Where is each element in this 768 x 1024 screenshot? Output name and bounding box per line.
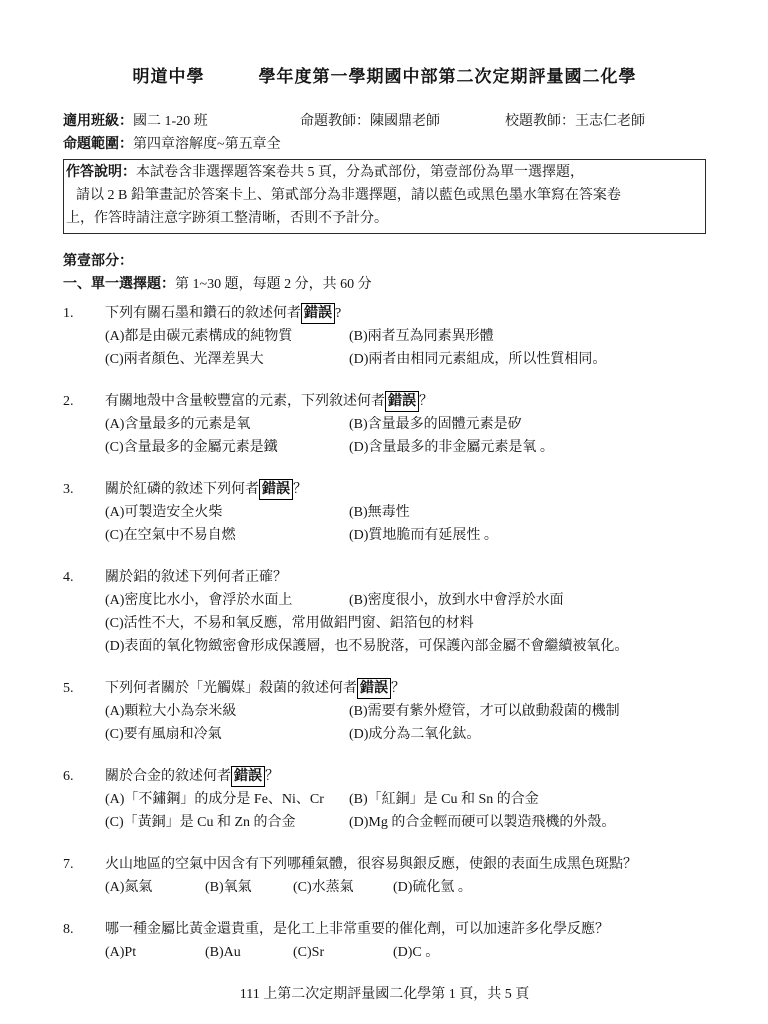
- question-stem: 哪一種金屬比黃金還貴重，是化工上非常重要的催化劑，可以加速許多化學反應？: [105, 918, 706, 941]
- option-A: (A)密度比水小，會浮於水面上: [105, 589, 349, 612]
- question-6: 6.關於合金的敘述何者錯誤？(A)「不鏽鋼」的成分是 Fe、Ni、Cr(B)「紅…: [63, 765, 706, 834]
- scope-label: 命題範圍：: [63, 137, 133, 152]
- option-row: (C)要有風扇和冷氣(D)成分為二氧化鈦。: [105, 723, 706, 746]
- option-B: (B)氧氣: [205, 876, 293, 899]
- option-C: (C)含量最多的金屬元素是鐵: [105, 436, 349, 459]
- option-D: (D)Mg 的合金輕而硬可以製造飛機的外殼。: [349, 811, 615, 834]
- question-number: 6.: [63, 765, 105, 834]
- question-body: 哪一種金屬比黃金還貴重，是化工上非常重要的催化劑，可以加速許多化學反應？(A)P…: [105, 918, 706, 964]
- part-one-heading: 第壹部分：: [63, 250, 706, 273]
- section-type-detail: 第 1~30 題，每題 2 分，共 60 分: [175, 277, 372, 292]
- question-body: 關於合金的敘述何者錯誤？(A)「不鏽鋼」的成分是 Fe、Ni、Cr(B)「紅銅」…: [105, 765, 706, 834]
- option-D: (D)C 。: [393, 941, 439, 964]
- option-row: (C)含量最多的金屬元素是鐵(D)含量最多的非金屬元素是氧 。: [105, 436, 706, 459]
- option-D: (D)成分為二氧化鈦。: [349, 723, 480, 746]
- option-B: (B)兩者互為同素異形體: [349, 325, 494, 348]
- option-D: (D)表面的氧化物緻密會形成保護層，也不易脫落，可保護內部金屬不會繼續被氧化。: [105, 635, 628, 658]
- question-8: 8.哪一種金屬比黃金還貴重，是化工上非常重要的催化劑，可以加速許多化學反應？(A…: [63, 918, 706, 964]
- option-row: (A)密度比水小，會浮於水面上(B)密度很小，放到水中會浮於水面: [105, 589, 706, 612]
- question-body: 下列有關石墨和鑽石的敘述何者錯誤?(A)都是由碳元素構成的純物質(B)兩者互為同…: [105, 302, 706, 371]
- checker-value: 王志仁老師: [575, 114, 645, 129]
- question-body: 火山地區的空氣中因含有下列哪種氣體，很容易與銀反應，使銀的表面生成黑色斑點？(A…: [105, 853, 706, 899]
- option-row: (A)含量最多的元素是氧(B)含量最多的固體元素是矽: [105, 413, 706, 436]
- class-value: 國二 1-20 班: [133, 114, 208, 129]
- checker-label: 校題教師：: [505, 114, 575, 129]
- question-number: 1.: [63, 302, 105, 371]
- question-number: 4.: [63, 566, 105, 658]
- scope-line: 命題範圍：第四章溶解度~第五章全: [63, 133, 706, 156]
- instructions-line1: 作答說明：本試卷含非選擇題答案卷共 5 頁，分為貳部份，第壹部份為單一選擇題，: [66, 161, 700, 184]
- boxed-keyword: 錯誤: [231, 766, 265, 787]
- option-D: (D)兩者由相同元素組成，所以性質相同。: [349, 348, 606, 371]
- question-number: 5.: [63, 677, 105, 746]
- stem-text: 哪一種金屬比黃金還貴重，是化工上非常重要的催化劑，可以加速許多化學反應？: [105, 922, 609, 937]
- question-number: 2.: [63, 390, 105, 459]
- boxed-keyword: 錯誤: [385, 391, 419, 412]
- option-A: (A)Pt: [105, 941, 205, 964]
- option-C: (C)兩者顏色、光澤差異大: [105, 348, 349, 371]
- instructions-label: 作答說明：: [66, 165, 136, 180]
- page-footer: 111 上第二次定期評量國二化學第 1 頁，共 5 頁: [63, 983, 706, 1006]
- question-body: 下列何者關於「光觸媒」殺菌的敘述何者錯誤？(A)顆粒大小為奈米級(B)需要有紫外…: [105, 677, 706, 746]
- stem-text: 下列有關石墨和鑽石的敘述何者: [105, 306, 301, 321]
- option-B: (B)Au: [205, 941, 293, 964]
- question-5: 5.下列何者關於「光觸媒」殺菌的敘述何者錯誤？(A)顆粒大小為奈米級(B)需要有…: [63, 677, 706, 746]
- option-B: (B)無毒性: [349, 501, 410, 524]
- question-number: 3.: [63, 478, 105, 547]
- class-info: 適用班級：國二 1-20 班: [63, 110, 300, 133]
- option-C: (C)活性不大，不易和氧反應，常用做鋁門窗、鋁箔包的材料: [105, 612, 474, 635]
- question-number: 7.: [63, 853, 105, 899]
- option-D: (D)硫化氫 。: [393, 876, 472, 899]
- option-C: (C)「黃銅」是 Cu 和 Zn 的合金: [105, 811, 349, 834]
- option-B: (B)需要有紫外燈管，才可以啟動殺菌的機制: [349, 700, 620, 723]
- option-B: (B)「紅銅」是 Cu 和 Sn 的合金: [349, 788, 539, 811]
- option-B: (B)密度很小，放到水中會浮於水面: [349, 589, 564, 612]
- instructions-line2: 請以 2 B 鉛筆畫記於答案卡上、第貳部分為非選擇題，請以藍色或黑色墨水筆寫在答…: [66, 184, 700, 207]
- option-A: (A)可製造安全火柴: [105, 501, 349, 524]
- instructions-text1: 本試卷含非選擇題答案卷共 5 頁，分為貳部份，第壹部份為單一選擇題，: [136, 165, 584, 180]
- option-row: (C)「黃銅」是 Cu 和 Zn 的合金(D)Mg 的合金輕而硬可以製造飛機的外…: [105, 811, 706, 834]
- option-row: (A)可製造安全火柴(B)無毒性: [105, 501, 706, 524]
- setter-info: 命題教師：陳國鼎老師: [300, 110, 505, 133]
- stem-text: 關於紅磷的敘述下列何者: [105, 482, 259, 497]
- section-type-label: 一、單一選擇題：: [63, 277, 175, 292]
- exam-page: 明道中學 學年度第一學期國中部第二次定期評量國二化學 適用班級：國二 1-20 …: [0, 0, 768, 1024]
- question-number: 8.: [63, 918, 105, 964]
- instructions-line3: 上，作答時請注意字跡須工整清晰，否則不予計分。: [66, 207, 700, 230]
- question-body: 關於紅磷的敘述下列何者錯誤？(A)可製造安全火柴(B)無毒性(C)在空氣中不易自…: [105, 478, 706, 547]
- option-row: (A)都是由碳元素構成的純物質(B)兩者互為同素異形體: [105, 325, 706, 348]
- question-stem: 關於紅磷的敘述下列何者錯誤？: [105, 478, 706, 501]
- question-4: 4.關於鋁的敘述下列何者正確？(A)密度比水小，會浮於水面上(B)密度很小，放到…: [63, 566, 706, 658]
- option-row: (C)兩者顏色、光澤差異大(D)兩者由相同元素組成，所以性質相同。: [105, 348, 706, 371]
- option-row: (A)顆粒大小為奈米級(B)需要有紫外燈管，才可以啟動殺菌的機制: [105, 700, 706, 723]
- option-A: (A)含量最多的元素是氧: [105, 413, 349, 436]
- question-stem: 下列何者關於「光觸媒」殺菌的敘述何者錯誤？: [105, 677, 706, 700]
- question-stem: 火山地區的空氣中因含有下列哪種氣體，很容易與銀反應，使銀的表面生成黑色斑點？: [105, 853, 706, 876]
- scope-value: 第四章溶解度~第五章全: [133, 137, 281, 152]
- class-label: 適用班級：: [63, 114, 133, 129]
- checker-info: 校題教師：王志仁老師: [505, 110, 645, 133]
- option-C: (C)水蒸氣: [293, 876, 393, 899]
- question-stem: 有關地殼中含量較豐富的元素，下列敘述何者錯誤？: [105, 390, 706, 413]
- question-3: 3.關於紅磷的敘述下列何者錯誤？(A)可製造安全火柴(B)無毒性(C)在空氣中不…: [63, 478, 706, 547]
- option-C: (C)要有風扇和冷氣: [105, 723, 349, 746]
- stem-punctuation: ？: [265, 769, 279, 784]
- option-D: (D)含量最多的非金屬元素是氧 。: [349, 436, 554, 459]
- option-B: (B)含量最多的固體元素是矽: [349, 413, 522, 436]
- option-C: (C)在空氣中不易自燃: [105, 524, 349, 547]
- setter-label: 命題教師：: [300, 114, 370, 129]
- option-row: (D)表面的氧化物緻密會形成保護層，也不易脫落，可保護內部金屬不會繼續被氧化。: [105, 635, 706, 658]
- question-stem: 下列有關石墨和鑽石的敘述何者錯誤?: [105, 302, 706, 325]
- boxed-keyword: 錯誤: [357, 678, 391, 699]
- boxed-keyword: 錯誤: [301, 303, 335, 324]
- question-stem: 關於合金的敘述何者錯誤？: [105, 765, 706, 788]
- stem-text: 關於鋁的敘述下列何者正確？: [105, 570, 287, 585]
- question-body: 關於鋁的敘述下列何者正確？(A)密度比水小，會浮於水面上(B)密度很小，放到水中…: [105, 566, 706, 658]
- stem-text: 關於合金的敘述何者: [105, 769, 231, 784]
- stem-punctuation: ?: [335, 306, 341, 321]
- option-D: (D)質地脆而有延展性 。: [349, 524, 498, 547]
- answer-instructions-box: 作答說明：本試卷含非選擇題答案卷共 5 頁，分為貳部份，第壹部份為單一選擇題， …: [63, 159, 706, 234]
- stem-text: 有關地殼中含量較豐富的元素，下列敘述何者: [105, 394, 385, 409]
- stem-text: 下列何者關於「光觸媒」殺菌的敘述何者: [105, 681, 357, 696]
- option-A: (A)氮氣: [105, 876, 205, 899]
- question-2: 2.有關地殼中含量較豐富的元素，下列敘述何者錯誤？(A)含量最多的元素是氧(B)…: [63, 390, 706, 459]
- option-A: (A)顆粒大小為奈米級: [105, 700, 349, 723]
- stem-punctuation: ？: [391, 681, 405, 696]
- boxed-keyword: 錯誤: [259, 479, 293, 500]
- option-row: (C)在空氣中不易自燃(D)質地脆而有延展性 。: [105, 524, 706, 547]
- question-body: 有關地殼中含量較豐富的元素，下列敘述何者錯誤？(A)含量最多的元素是氧(B)含量…: [105, 390, 706, 459]
- question-stem: 關於鋁的敘述下列何者正確？: [105, 566, 706, 589]
- stem-text: 火山地區的空氣中因含有下列哪種氣體，很容易與銀反應，使銀的表面生成黑色斑點？: [105, 857, 637, 872]
- question-1: 1.下列有關石墨和鑽石的敘述何者錯誤?(A)都是由碳元素構成的純物質(B)兩者互…: [63, 302, 706, 371]
- option-row: (A)Pt(B)Au(C)Sr(D)C 。: [105, 941, 706, 964]
- setter-value: 陳國鼎老師: [370, 114, 440, 129]
- page-title: 明道中學 學年度第一學期國中部第二次定期評量國二化學: [63, 64, 706, 90]
- stem-punctuation: ？: [293, 482, 307, 497]
- section-type-heading: 一、單一選擇題：第 1~30 題，每題 2 分，共 60 分: [63, 273, 706, 296]
- option-row: (A)「不鏽鋼」的成分是 Fe、Ni、Cr(B)「紅銅」是 Cu 和 Sn 的合…: [105, 788, 706, 811]
- option-C: (C)Sr: [293, 941, 393, 964]
- questions: 1.下列有關石墨和鑽石的敘述何者錯誤?(A)都是由碳元素構成的純物質(B)兩者互…: [63, 302, 706, 964]
- option-row: (C)活性不大，不易和氧反應，常用做鋁門窗、鋁箔包的材料: [105, 612, 706, 635]
- option-A: (A)都是由碳元素構成的純物質: [105, 325, 349, 348]
- exam-info-line: 適用班級：國二 1-20 班命題教師：陳國鼎老師校題教師：王志仁老師: [63, 110, 706, 133]
- question-7: 7.火山地區的空氣中因含有下列哪種氣體，很容易與銀反應，使銀的表面生成黑色斑點？…: [63, 853, 706, 899]
- option-row: (A)氮氣(B)氧氣(C)水蒸氣(D)硫化氫 。: [105, 876, 706, 899]
- stem-punctuation: ？: [419, 394, 433, 409]
- option-A: (A)「不鏽鋼」的成分是 Fe、Ni、Cr: [105, 788, 349, 811]
